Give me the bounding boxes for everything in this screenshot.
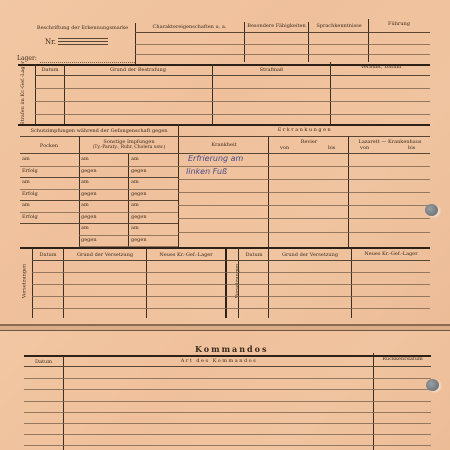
impfung-cell: gegen bbox=[81, 214, 97, 220]
row-line bbox=[24, 366, 431, 367]
row-line bbox=[178, 166, 430, 167]
col-neues-lager-left: Neues Kr.-Gef.-Lager bbox=[147, 252, 225, 258]
row-line bbox=[20, 166, 178, 167]
header-row-line bbox=[135, 44, 430, 45]
row-line bbox=[24, 389, 431, 390]
row-line bbox=[35, 75, 430, 76]
nr-line bbox=[58, 41, 108, 42]
header-row-line bbox=[135, 54, 430, 55]
kommandos-title: Kommandos bbox=[195, 344, 268, 354]
section-divider bbox=[178, 124, 179, 248]
nr-line bbox=[58, 44, 108, 45]
lazarett-von: von bbox=[360, 145, 369, 151]
col-grund-bestrafung: Grund der Bestrafung bbox=[65, 67, 211, 73]
impfung-cell: am bbox=[22, 179, 30, 185]
prisoner-record-card-back: Kommandos Datum Art des Kommandos Rückke… bbox=[0, 330, 450, 450]
row-line bbox=[20, 136, 430, 137]
row-line bbox=[32, 260, 430, 261]
row-line bbox=[178, 192, 430, 193]
row-line bbox=[24, 445, 431, 446]
impfung-cell: am bbox=[81, 225, 89, 231]
erkrankungen-title: Erkrankungen bbox=[180, 127, 430, 133]
row-line bbox=[79, 235, 178, 236]
row-line bbox=[178, 205, 430, 206]
col-besondere-faehigkeiten: Besondere Fähigkeiten bbox=[245, 23, 308, 29]
handwritten-krankheit-line1: Erfrierung am bbox=[188, 154, 243, 163]
header-row-line bbox=[135, 32, 430, 33]
handwritten-krankheit-line2: linken Fuß bbox=[186, 167, 227, 176]
row-line bbox=[20, 212, 178, 213]
col-rueckkehrdatum: Rückkehrdatum bbox=[374, 356, 431, 362]
row-line bbox=[35, 101, 430, 102]
col-divider bbox=[35, 64, 36, 124]
col-datum: Datum bbox=[24, 359, 63, 365]
impfung-cell: Erfolg bbox=[22, 191, 38, 197]
row-line bbox=[32, 284, 430, 285]
row-line bbox=[178, 218, 430, 219]
nr-label: Nr. bbox=[45, 38, 56, 46]
row-line bbox=[178, 179, 430, 180]
impfung-cell: am bbox=[22, 202, 30, 208]
col-verbuesst-datum: Verbüßt, Datum bbox=[331, 64, 431, 70]
row-line bbox=[32, 296, 430, 297]
row-line bbox=[20, 200, 178, 201]
row-line bbox=[35, 88, 430, 89]
lager-dotted-line bbox=[40, 62, 135, 63]
section-border bbox=[24, 355, 431, 357]
col-neues-lager-right: Neues Kr.-Gef.-Lager bbox=[352, 251, 430, 257]
revier-bis: bis bbox=[328, 145, 335, 151]
impfung-cell: am bbox=[131, 225, 139, 231]
strafen-side-label: Strafen im Kr.-Gef.-Lager bbox=[20, 58, 26, 128]
revier-von: von bbox=[280, 145, 289, 151]
col-sprachkenntnisse: Sprachkenntnisse bbox=[309, 23, 369, 29]
impfung-cell: Erfolg bbox=[22, 214, 38, 220]
row-line bbox=[24, 423, 431, 424]
impfung-cell: gegen bbox=[81, 191, 97, 197]
section-border bbox=[18, 124, 430, 126]
col-fuehrung: Führung bbox=[369, 21, 429, 27]
prisoner-record-card-front: Beschriftung der Erkennungsmarke Nr. Lag… bbox=[0, 0, 450, 326]
col-grund-versetzung-left: Grund der Versetzung bbox=[64, 252, 146, 258]
punch-hole bbox=[425, 204, 438, 216]
col-art-des-kommandos: Art des Kommandos bbox=[64, 358, 374, 364]
row-line bbox=[35, 114, 430, 115]
impfung-cell: gegen bbox=[131, 214, 147, 220]
row-line bbox=[20, 177, 178, 178]
row-line bbox=[20, 189, 178, 190]
col-datum-left: Datum bbox=[33, 252, 63, 258]
impfung-cell: gegen bbox=[131, 168, 147, 174]
col-divider bbox=[212, 64, 213, 124]
impfung-cell: am bbox=[81, 156, 89, 162]
row-line bbox=[24, 401, 431, 402]
impfung-cell: am bbox=[131, 156, 139, 162]
row-line bbox=[24, 378, 431, 379]
col-charaktereigenschaften: Charaktereigenschaften u. a. bbox=[137, 24, 242, 30]
col-divider bbox=[63, 356, 64, 450]
row-line bbox=[32, 272, 430, 273]
versetzungen-side-label-left: Versetzungen bbox=[22, 259, 28, 304]
impfung-cell: am bbox=[131, 179, 139, 185]
erkennungsmarke-label: Beschriftung der Erkennungsmarke bbox=[30, 25, 135, 31]
row-line bbox=[24, 434, 431, 435]
impfung-cell: am bbox=[81, 179, 89, 185]
col-strafmass: Strafmaß bbox=[213, 67, 330, 73]
row-line bbox=[20, 223, 178, 224]
col-datum-right: Datum bbox=[239, 252, 269, 258]
impfung-cell: gegen bbox=[131, 191, 147, 197]
col-datum: Datum bbox=[36, 67, 64, 73]
impfungen-title: Schutzimpfungen während der Gefangenscha… bbox=[20, 128, 178, 134]
impfung-cell: gegen bbox=[131, 237, 147, 243]
col-krankheit: Krankheit bbox=[180, 142, 268, 148]
col-grund-versetzung-right: Grund der Versetzung bbox=[269, 252, 351, 258]
row-line bbox=[24, 412, 431, 413]
impfung-cell: gegen bbox=[81, 168, 97, 174]
punch-hole bbox=[426, 379, 439, 391]
impfung-cell: am bbox=[131, 202, 139, 208]
row-line bbox=[178, 232, 430, 233]
impfung-cell: am bbox=[22, 156, 30, 162]
lazarett-bis: bis bbox=[408, 145, 415, 151]
col-sonstige-sub: (Ty.-Paraty., Ruhr, Cholera usw.) bbox=[80, 145, 178, 150]
impfung-cell: am bbox=[81, 202, 89, 208]
col-divider bbox=[64, 64, 65, 124]
impfung-cell: gegen bbox=[81, 237, 97, 243]
row-line bbox=[32, 308, 430, 309]
col-pocken: Pocken bbox=[20, 143, 78, 149]
impfung-cell: Erfolg bbox=[22, 168, 38, 174]
nr-line bbox=[58, 38, 108, 39]
